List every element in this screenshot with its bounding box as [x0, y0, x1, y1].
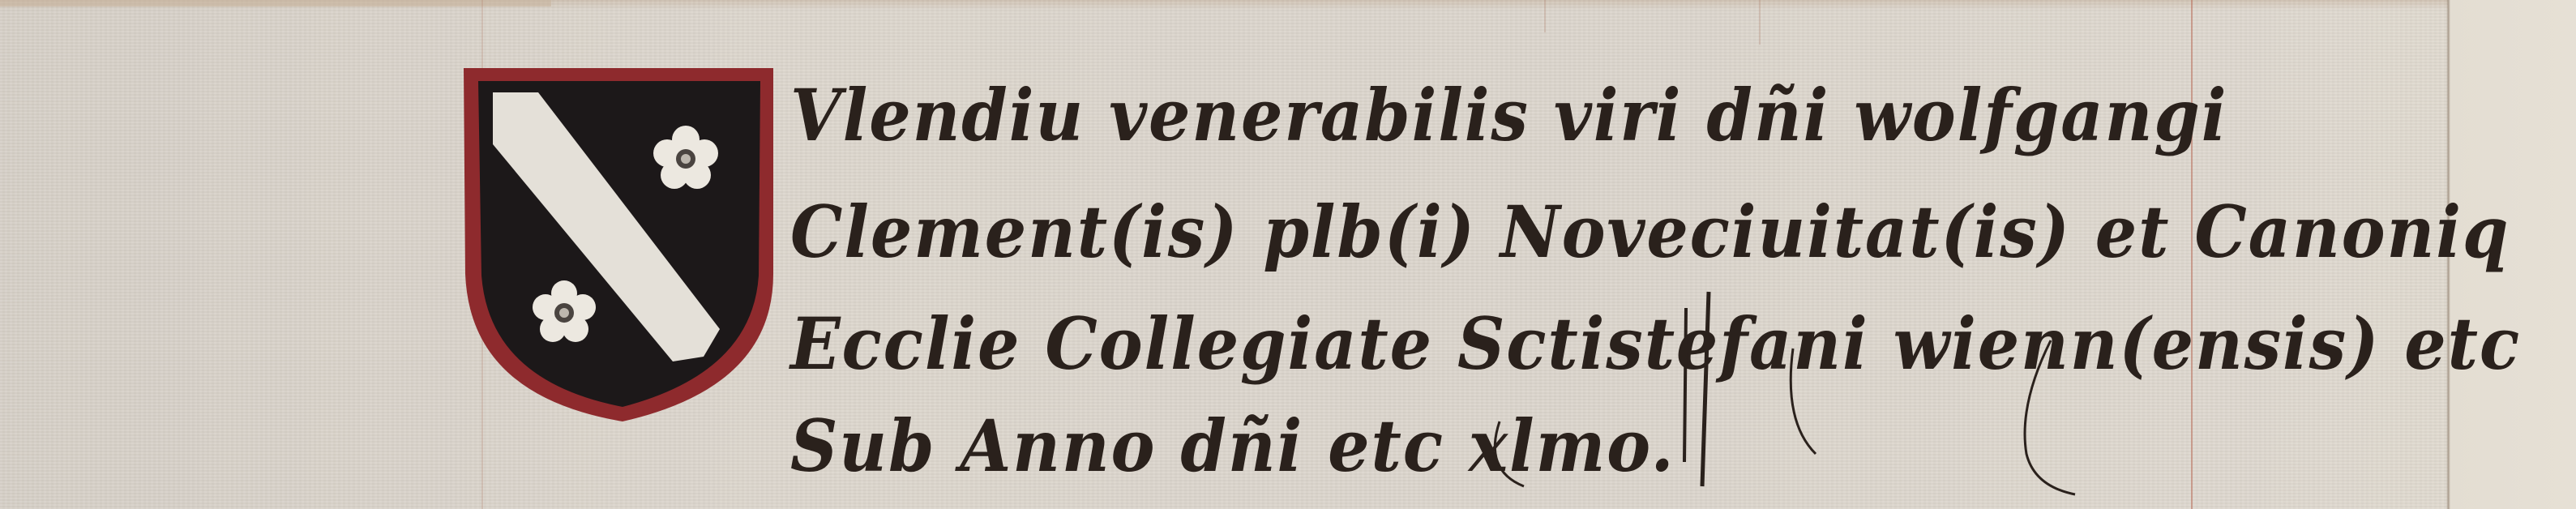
ruling-tick-top-1	[1544, 0, 1546, 32]
inscription-line-3: Ecclie Collegiate Sctistefani wienn(ensi…	[790, 302, 2521, 386]
top-edge-stain	[0, 0, 551, 6]
coat-of-arms	[460, 63, 777, 426]
inscription-line-4: Sub Anno dñi etc xlmo.	[790, 404, 1675, 488]
manuscript-page: Vlendiu venerabilis viri dñi wolfgangi C…	[0, 0, 2576, 509]
ruling-tick-top-2	[1759, 0, 1761, 45]
inscription-line-2: Clement(is) plb(i) Noveciuitat(is) et Ca…	[790, 190, 2510, 274]
inscription-line-1: Vlendiu venerabilis viri dñi wolfgangi	[790, 73, 2227, 157]
shield-icon	[460, 63, 777, 426]
